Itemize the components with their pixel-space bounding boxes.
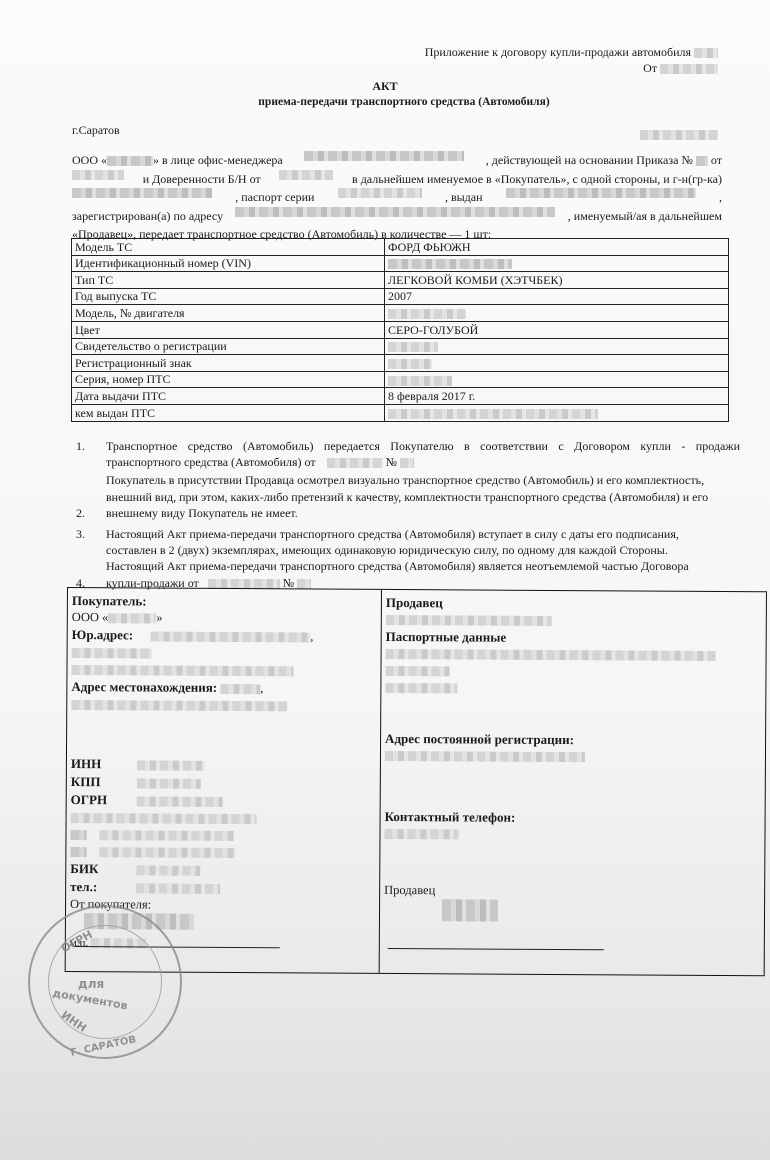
clause-1: 1. Транспортное средство (Автомобиль) пе…	[70, 438, 740, 470]
row-value: ФОРД ФЬЮЖН	[385, 239, 729, 256]
clause-text: Настоящий Акт приема-передачи транспортн…	[106, 558, 740, 574]
redacted-date	[660, 64, 718, 74]
intro-text: , действующей на основании Приказа №	[486, 153, 693, 167]
intro-text: » в лице офис-менеджера	[153, 153, 283, 167]
row-value-redacted	[385, 305, 729, 322]
row-value: ЛЕГКОВОЙ КОМБИ (ХЭТЧБЕК)	[385, 272, 729, 289]
table-row: ЦветСЕРО-ГОЛУБОЙ	[72, 321, 729, 338]
intro-text: , именуемый/ая в дальнейшем	[568, 207, 722, 226]
legal-address-label: Юр.адрес:	[72, 627, 134, 642]
redacted-address	[235, 207, 555, 217]
appendix-text: Приложение к договору купли-продажи авто…	[425, 45, 691, 59]
table-row: Модель, № двигателя	[72, 305, 729, 322]
clause-4: Настоящий Акт приема-передачи транспортн…	[70, 558, 740, 590]
document-page: Приложение к договору купли-продажи авто…	[0, 0, 770, 1160]
phone-label: тел.:	[70, 878, 136, 895]
redacted	[279, 170, 333, 180]
company-stamp: для документов ОГРН ИНН Г. САРАТОВ	[28, 905, 182, 1059]
redacted-manager	[304, 151, 464, 161]
intro-line-4: зарегистрирован(а) по адресу , именуемый…	[72, 207, 722, 226]
redacted-phone	[136, 884, 220, 895]
intro-text: ,	[719, 188, 722, 207]
buyer-org-suffix: »	[156, 611, 162, 625]
clause-number: 2.	[76, 505, 85, 521]
city: г.Саратов	[72, 123, 120, 138]
redacted	[696, 156, 708, 166]
intro-line-2: и Доверенности Б/Н от в дальнейшем имену…	[72, 170, 722, 189]
redacted	[220, 684, 260, 694]
table-row: Свидетельство о регистрации	[72, 338, 729, 355]
row-label: Модель, № двигателя	[72, 305, 385, 322]
redacted-passport	[385, 666, 449, 676]
clause-text: Покупатель в присутствии Продавца осмотр…	[106, 472, 740, 488]
row-value: 2007	[385, 288, 729, 305]
redacted	[70, 847, 86, 857]
clause-number: 3.	[76, 526, 85, 542]
redacted-account	[100, 830, 234, 841]
redacted-date	[327, 458, 383, 468]
vehicle-table: Модель ТСФОРД ФЬЮЖН Идентификационный но…	[71, 238, 729, 422]
intro-text: в дальнейшем именуемое в «Покупатель», с…	[352, 170, 722, 189]
redacted-doc-date	[640, 126, 718, 144]
parties-block: Покупатель: ООО «» Юр.адрес: , Адрес мес…	[65, 587, 767, 976]
inn-label: ИНН	[71, 755, 137, 772]
table-row: Модель ТСФОРД ФЬЮЖН	[72, 239, 729, 256]
intro-line-1: ООО «» в лице офис-менеджера , действующ…	[72, 151, 722, 170]
redacted-no	[297, 579, 311, 589]
table-row: Дата выдачи ПТС8 февраля 2017 г.	[72, 388, 729, 405]
clause-text: транспортного средства (Автомобиля) от	[106, 455, 316, 469]
intro-line-3: , паспорт серии , выдан ,	[72, 188, 722, 207]
row-label: кем выдан ПТС	[72, 404, 385, 421]
redacted-org	[108, 613, 156, 623]
redacted	[72, 170, 124, 180]
row-value-redacted	[385, 371, 729, 388]
intro-text: , выдан	[445, 188, 483, 207]
buyer-column: Покупатель: ООО «» Юр.адрес: , Адрес мес…	[70, 592, 377, 954]
clause-text: составлен в 2 (двух) экземплярах, имеющи…	[106, 542, 740, 558]
redacted-passport	[338, 188, 422, 198]
clauses-list: 1. Транспортное средство (Автомобиль) пе…	[70, 438, 740, 591]
stamp-text: для	[78, 977, 104, 991]
redacted-seller-name	[72, 188, 212, 198]
redacted-issuer	[506, 188, 696, 198]
intro-text: , паспорт серии	[235, 188, 314, 207]
redacted-passport	[385, 683, 457, 693]
clause-text: внешнему виду Покупатель не имеет.	[106, 506, 298, 520]
redacted-inn	[137, 761, 205, 771]
row-value: СЕРО-ГОЛУБОЙ	[385, 321, 729, 338]
row-value-redacted	[385, 355, 729, 372]
intro-text: и Доверенности Б/Н от	[143, 170, 261, 189]
redacted-contract-no	[694, 48, 718, 58]
table-row: Серия, номер ПТС	[72, 371, 729, 388]
redacted-seller-name	[386, 615, 552, 626]
redacted-address	[385, 751, 585, 762]
clause-3: 3. Настоящий Акт приема-передачи транспо…	[70, 526, 740, 558]
ogrn-label: ОГРН	[71, 791, 137, 808]
table-row: Тип ТСЛЕГКОВОЙ КОМБИ (ХЭТЧБЕК)	[72, 272, 729, 289]
column-divider	[379, 590, 382, 973]
redacted-no	[400, 458, 414, 468]
buyer-heading: Покупатель:	[72, 592, 377, 611]
row-value-redacted	[385, 255, 729, 272]
seller-signature-line	[388, 948, 604, 950]
clause-text: №	[386, 455, 397, 469]
intro-text: зарегистрирован(а) по адресу	[72, 207, 223, 226]
appendix-date: От	[643, 61, 718, 76]
row-value-redacted	[385, 338, 729, 355]
redacted-bik	[136, 866, 200, 876]
clause-2: Покупатель в присутствии Продавца осмотр…	[70, 472, 740, 521]
row-label: Регистрационный знак	[72, 355, 385, 372]
location-label: Адрес местонахождения:	[71, 679, 217, 695]
intro-text: от	[711, 153, 722, 167]
clause-text: внешний вид, при этом, каких-либо претен…	[106, 489, 740, 505]
row-value: 8 февраля 2017 г.	[385, 388, 729, 405]
redacted-kpp	[137, 779, 201, 789]
row-label: Дата выдачи ПТС	[72, 388, 385, 405]
row-label: Тип ТС	[72, 272, 385, 289]
row-label: Свидетельство о регистрации	[72, 338, 385, 355]
redacted-phone	[384, 829, 458, 839]
row-value-redacted	[385, 404, 729, 421]
seller-column: Продавец Паспортные данные Адрес постоян…	[384, 594, 758, 927]
redacted-bank	[71, 813, 257, 824]
clause-text: Настоящий Акт приема-передачи транспортн…	[106, 526, 740, 542]
clause-number: 1.	[76, 438, 85, 454]
row-label: Год выпуска ТС	[72, 288, 385, 305]
redacted-passport	[386, 649, 716, 661]
redacted-address	[71, 700, 287, 711]
redacted-address	[71, 665, 293, 676]
appendix-line: Приложение к договору купли-продажи авто…	[425, 45, 718, 60]
kpp-label: КПП	[71, 773, 137, 790]
row-label: Цвет	[72, 321, 385, 338]
redacted-signature	[442, 899, 498, 921]
doc-subtitle: приема-передачи транспортного средства (…	[0, 96, 770, 108]
table-row: Регистрационный знак	[72, 355, 729, 372]
bik-label: БИК	[70, 860, 136, 877]
intro-text: ООО «	[72, 153, 107, 167]
table-row: Год выпуска ТС2007	[72, 288, 729, 305]
redacted-address	[72, 648, 152, 658]
intro-paragraph: ООО «» в лице офис-менеджера , действующ…	[72, 151, 722, 244]
redacted-address	[150, 632, 310, 643]
table-row: Идентификационный номер (VIN)	[72, 255, 729, 272]
doc-title: АКТ	[0, 79, 770, 94]
clause-text: Транспортное средство (Автомобиль) перед…	[106, 438, 740, 454]
from-label: От	[643, 61, 657, 75]
buyer-org-prefix: ООО «	[72, 610, 109, 624]
redacted	[70, 830, 86, 840]
row-label: Серия, номер ПТС	[72, 371, 385, 388]
redacted-account	[99, 847, 235, 858]
redacted	[107, 156, 153, 166]
redacted-ogrn	[137, 797, 223, 808]
row-label: Идентификационный номер (VIN)	[72, 255, 385, 272]
table-row: кем выдан ПТС	[72, 404, 729, 421]
row-label: Модель ТС	[72, 239, 385, 256]
